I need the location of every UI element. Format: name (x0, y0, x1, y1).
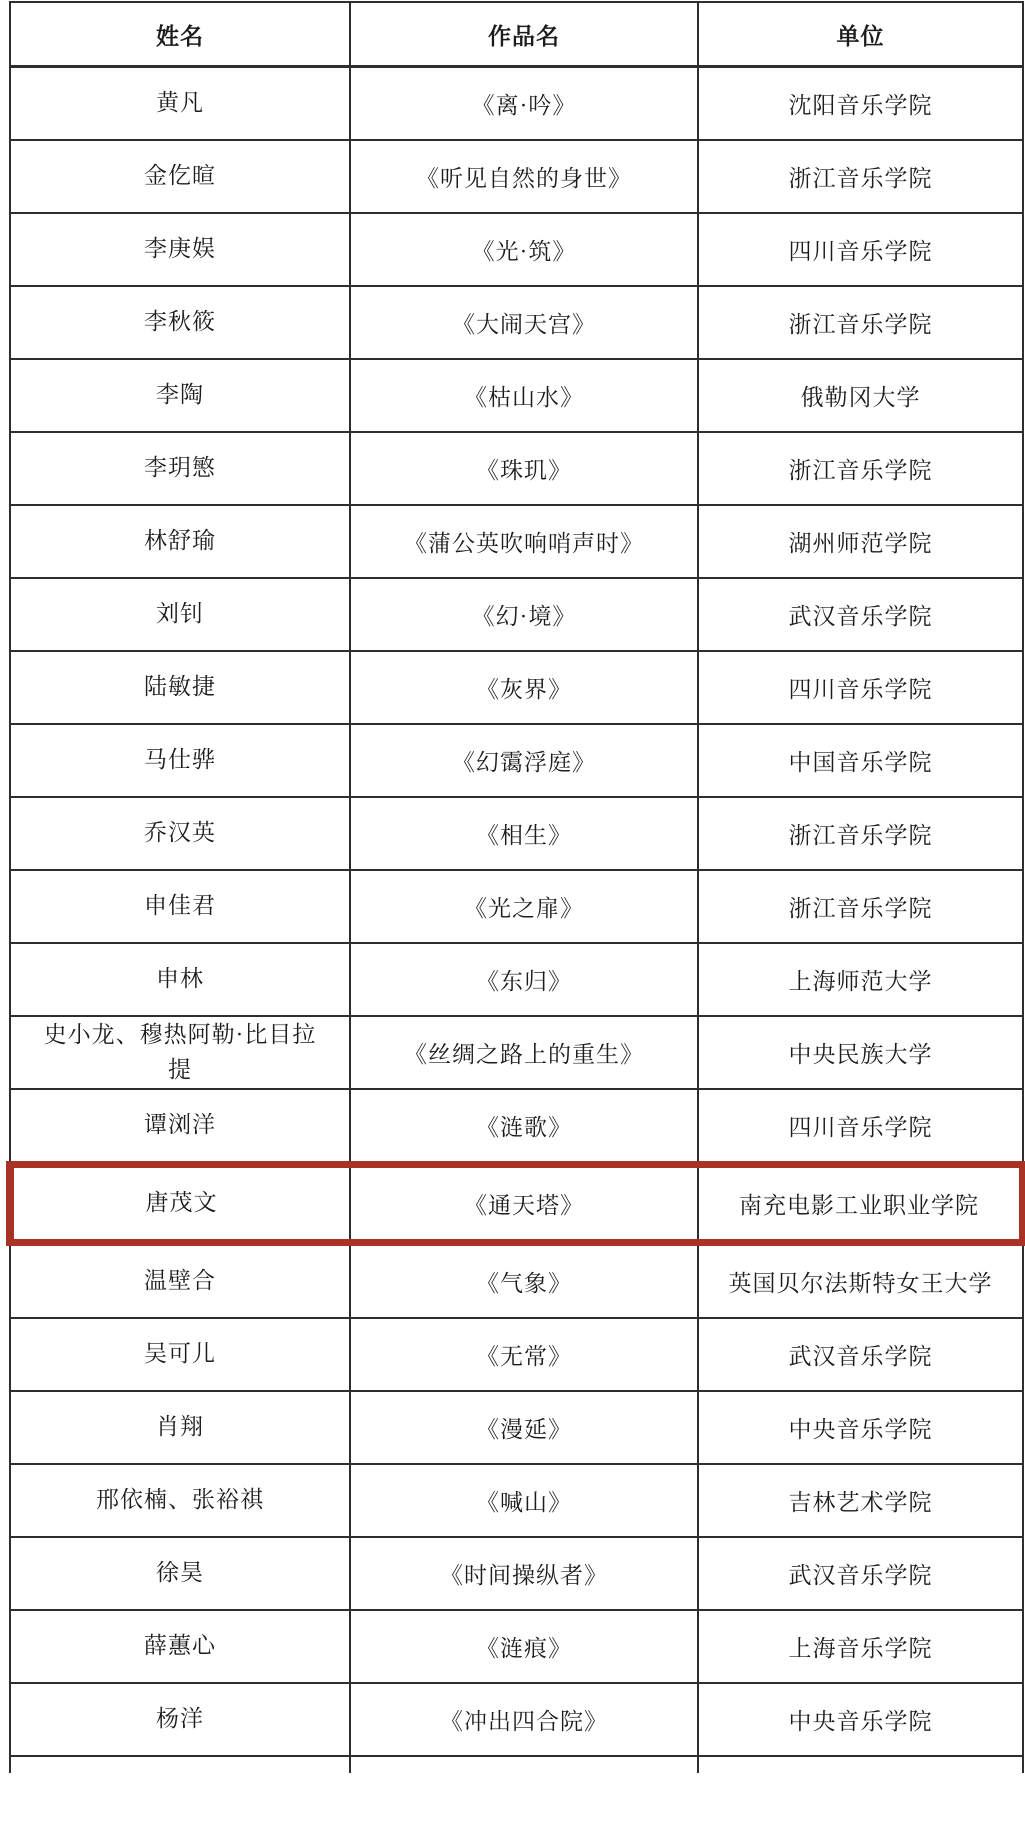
name-cell: 薛蕙心 (10, 1610, 350, 1683)
table-row: 徐昊 《时间操纵者》 武汉音乐学院 (10, 1537, 1023, 1610)
awards-table: 姓名 作品名 单位 黄凡 《离·吟》 沈阳音乐学院 金仡暄 《听见自然的身世》 … (6, 1, 1025, 1773)
table-row: 林舒瑜 《蒲公英吹响哨声时》 湖州师范学院 (10, 505, 1023, 578)
unit-cell: 四川音乐学院 (698, 651, 1023, 724)
work-cell: 《涟歌》 (350, 1089, 698, 1165)
unit-cell: 南充电影工业职业学院 (698, 1165, 1023, 1243)
unit-cell (698, 1756, 1023, 1773)
name-cell: 史小龙、穆热阿勒·比目拉提 (10, 1016, 350, 1089)
unit-cell: 四川音乐学院 (698, 1089, 1023, 1165)
table-row: 肖翔 《漫延》 中央音乐学院 (10, 1391, 1023, 1464)
highlighted-row: 唐茂文 《通天塔》 南充电影工业职业学院 (10, 1165, 1023, 1243)
name-cell: 黄凡 (10, 67, 350, 141)
work-cell: 《冲出四合院》 (350, 1683, 698, 1756)
table-row: 李秋筱 《大闹天宫》 浙江音乐学院 (10, 286, 1023, 359)
unit-cell: 武汉音乐学院 (698, 578, 1023, 651)
name-cell: 刘钊 (10, 578, 350, 651)
unit-cell: 湖州师范学院 (698, 505, 1023, 578)
name-cell: 温壁合 (10, 1243, 350, 1319)
name-cell: 吴可儿 (10, 1318, 350, 1391)
work-cell: 《通天塔》 (350, 1165, 698, 1243)
work-cell: 《灰界》 (350, 651, 698, 724)
table-row: 申林 《东归》 上海师范大学 (10, 943, 1023, 1016)
unit-cell: 上海音乐学院 (698, 1610, 1023, 1683)
name-cell: 李庚娱 (10, 213, 350, 286)
work-cell: 《珠玑》 (350, 432, 698, 505)
table-row: 李玥慜 《珠玑》 浙江音乐学院 (10, 432, 1023, 505)
table-row: 温壁合 《气象》 英国贝尔法斯特女王大学 (10, 1243, 1023, 1319)
partial-row (10, 1756, 1023, 1773)
unit-cell: 浙江音乐学院 (698, 797, 1023, 870)
unit-cell: 浙江音乐学院 (698, 432, 1023, 505)
work-cell: 《漫延》 (350, 1391, 698, 1464)
table-row: 金仡暄 《听见自然的身世》 浙江音乐学院 (10, 140, 1023, 213)
work-cell: 《无常》 (350, 1318, 698, 1391)
work-cell: 《东归》 (350, 943, 698, 1016)
column-header-work: 作品名 (350, 2, 698, 67)
unit-cell: 中央民族大学 (698, 1016, 1023, 1089)
column-header-name: 姓名 (10, 2, 350, 67)
name-cell: 肖翔 (10, 1391, 350, 1464)
name-cell: 李陶 (10, 359, 350, 432)
name-cell: 金仡暄 (10, 140, 350, 213)
table-row: 黄凡 《离·吟》 沈阳音乐学院 (10, 67, 1023, 141)
name-cell: 林舒瑜 (10, 505, 350, 578)
table-row: 李陶 《枯山水》 俄勒冈大学 (10, 359, 1023, 432)
table-row: 马仕骅 《幻霭浮庭》 中国音乐学院 (10, 724, 1023, 797)
table-row: 乔汉英 《相生》 浙江音乐学院 (10, 797, 1023, 870)
unit-cell: 俄勒冈大学 (698, 359, 1023, 432)
document-page: 姓名 作品名 单位 黄凡 《离·吟》 沈阳音乐学院 金仡暄 《听见自然的身世》 … (0, 0, 1025, 1773)
name-cell: 申林 (10, 943, 350, 1016)
work-cell: 《离·吟》 (350, 67, 698, 141)
table-row: 杨洋 《冲出四合院》 中央音乐学院 (10, 1683, 1023, 1756)
work-cell: 《光·筑》 (350, 213, 698, 286)
name-cell: 李秋筱 (10, 286, 350, 359)
name-cell: 申佳君 (10, 870, 350, 943)
table-row: 陆敏捷 《灰界》 四川音乐学院 (10, 651, 1023, 724)
unit-cell: 浙江音乐学院 (698, 286, 1023, 359)
unit-cell: 英国贝尔法斯特女王大学 (698, 1243, 1023, 1319)
unit-cell: 浙江音乐学院 (698, 870, 1023, 943)
unit-cell: 浙江音乐学院 (698, 140, 1023, 213)
work-cell: 《光之扉》 (350, 870, 698, 943)
unit-cell: 中国音乐学院 (698, 724, 1023, 797)
name-cell: 杨洋 (10, 1683, 350, 1756)
column-header-unit: 单位 (698, 2, 1023, 67)
name-cell: 陆敏捷 (10, 651, 350, 724)
work-cell: 《气象》 (350, 1243, 698, 1319)
work-cell: 《相生》 (350, 797, 698, 870)
unit-cell: 沈阳音乐学院 (698, 67, 1023, 141)
table-row: 史小龙、穆热阿勒·比目拉提 《丝绸之路上的重生》 中央民族大学 (10, 1016, 1023, 1089)
work-cell: 《大闹天宫》 (350, 286, 698, 359)
name-cell: 徐昊 (10, 1537, 350, 1610)
work-cell: 《蒲公英吹响哨声时》 (350, 505, 698, 578)
unit-cell: 吉林艺术学院 (698, 1464, 1023, 1537)
work-cell: 《时间操纵者》 (350, 1537, 698, 1610)
name-cell: 邢依楠、张裕祺 (10, 1464, 350, 1537)
table-row: 李庚娱 《光·筑》 四川音乐学院 (10, 213, 1023, 286)
name-cell: 乔汉英 (10, 797, 350, 870)
table-row: 申佳君 《光之扉》 浙江音乐学院 (10, 870, 1023, 943)
work-cell: 《幻·境》 (350, 578, 698, 651)
unit-cell: 武汉音乐学院 (698, 1537, 1023, 1610)
unit-cell: 上海师范大学 (698, 943, 1023, 1016)
unit-cell: 中央音乐学院 (698, 1683, 1023, 1756)
unit-cell: 四川音乐学院 (698, 213, 1023, 286)
work-cell: 《枯山水》 (350, 359, 698, 432)
unit-cell: 中央音乐学院 (698, 1391, 1023, 1464)
table-row: 邢依楠、张裕祺 《喊山》 吉林艺术学院 (10, 1464, 1023, 1537)
header-row: 姓名 作品名 单位 (10, 2, 1023, 67)
work-cell: 《丝绸之路上的重生》 (350, 1016, 698, 1089)
name-cell: 唐茂文 (10, 1165, 350, 1243)
work-cell: 《涟痕》 (350, 1610, 698, 1683)
unit-cell: 武汉音乐学院 (698, 1318, 1023, 1391)
name-cell (10, 1756, 350, 1773)
work-cell (350, 1756, 698, 1773)
table-row: 薛蕙心 《涟痕》 上海音乐学院 (10, 1610, 1023, 1683)
work-cell: 《听见自然的身世》 (350, 140, 698, 213)
table-row: 谭浏洋 《涟歌》 四川音乐学院 (10, 1089, 1023, 1165)
table-row: 刘钊 《幻·境》 武汉音乐学院 (10, 578, 1023, 651)
name-cell: 谭浏洋 (10, 1089, 350, 1165)
name-cell: 李玥慜 (10, 432, 350, 505)
work-cell: 《幻霭浮庭》 (350, 724, 698, 797)
work-cell: 《喊山》 (350, 1464, 698, 1537)
table-row: 吴可儿 《无常》 武汉音乐学院 (10, 1318, 1023, 1391)
name-cell: 马仕骅 (10, 724, 350, 797)
